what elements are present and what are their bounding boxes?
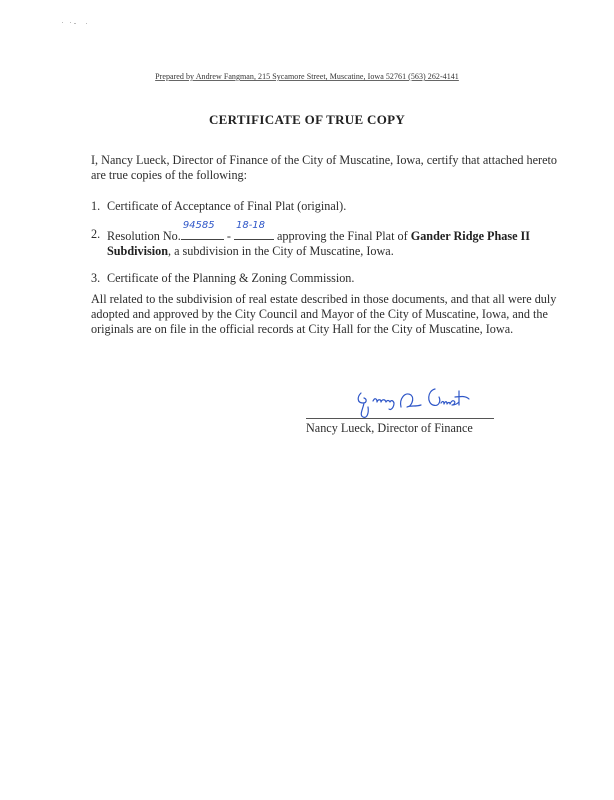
list-item-text: Certificate of the Planning & Zoning Com… bbox=[107, 271, 557, 286]
handwritten-resolution-number: 94585 bbox=[183, 218, 215, 233]
signature-icon bbox=[355, 383, 515, 423]
intro-paragraph: I, Nancy Lueck, Director of Finance of t… bbox=[91, 153, 561, 183]
prepared-by-text: Prepared by Andrew Fangman, 215 Sycamore… bbox=[155, 72, 459, 81]
closing-paragraph: All related to the subdivision of real e… bbox=[91, 292, 561, 337]
resolution-date-blank: 18-18 bbox=[234, 227, 274, 240]
handwritten-resolution-date: 18-18 bbox=[236, 218, 265, 233]
resolution-suffix: , a subdivision in the City of Muscatine… bbox=[168, 244, 394, 258]
list-item-text: Certificate of Acceptance of Final Plat … bbox=[107, 199, 557, 214]
resolution-middle: approving the Final Plat of bbox=[274, 229, 411, 243]
prepared-by-line: Prepared by Andrew Fangman, 215 Sycamore… bbox=[0, 72, 614, 81]
list-item-text: Resolution No.94585 - 18-18 approving th… bbox=[107, 227, 557, 259]
resolution-separator: - bbox=[227, 229, 231, 243]
handwritten-signature bbox=[355, 383, 515, 423]
resolution-prefix: Resolution No. bbox=[107, 229, 181, 243]
signer-name-title: Nancy Lueck, Director of Finance bbox=[306, 421, 473, 436]
document-page: Prepared by Andrew Fangman, 215 Sycamore… bbox=[0, 0, 614, 800]
scan-specks bbox=[60, 22, 100, 28]
resolution-number-blank: 94585 bbox=[181, 227, 224, 240]
document-title: CERTIFICATE OF TRUE COPY bbox=[0, 112, 614, 128]
signature-line bbox=[306, 418, 494, 419]
